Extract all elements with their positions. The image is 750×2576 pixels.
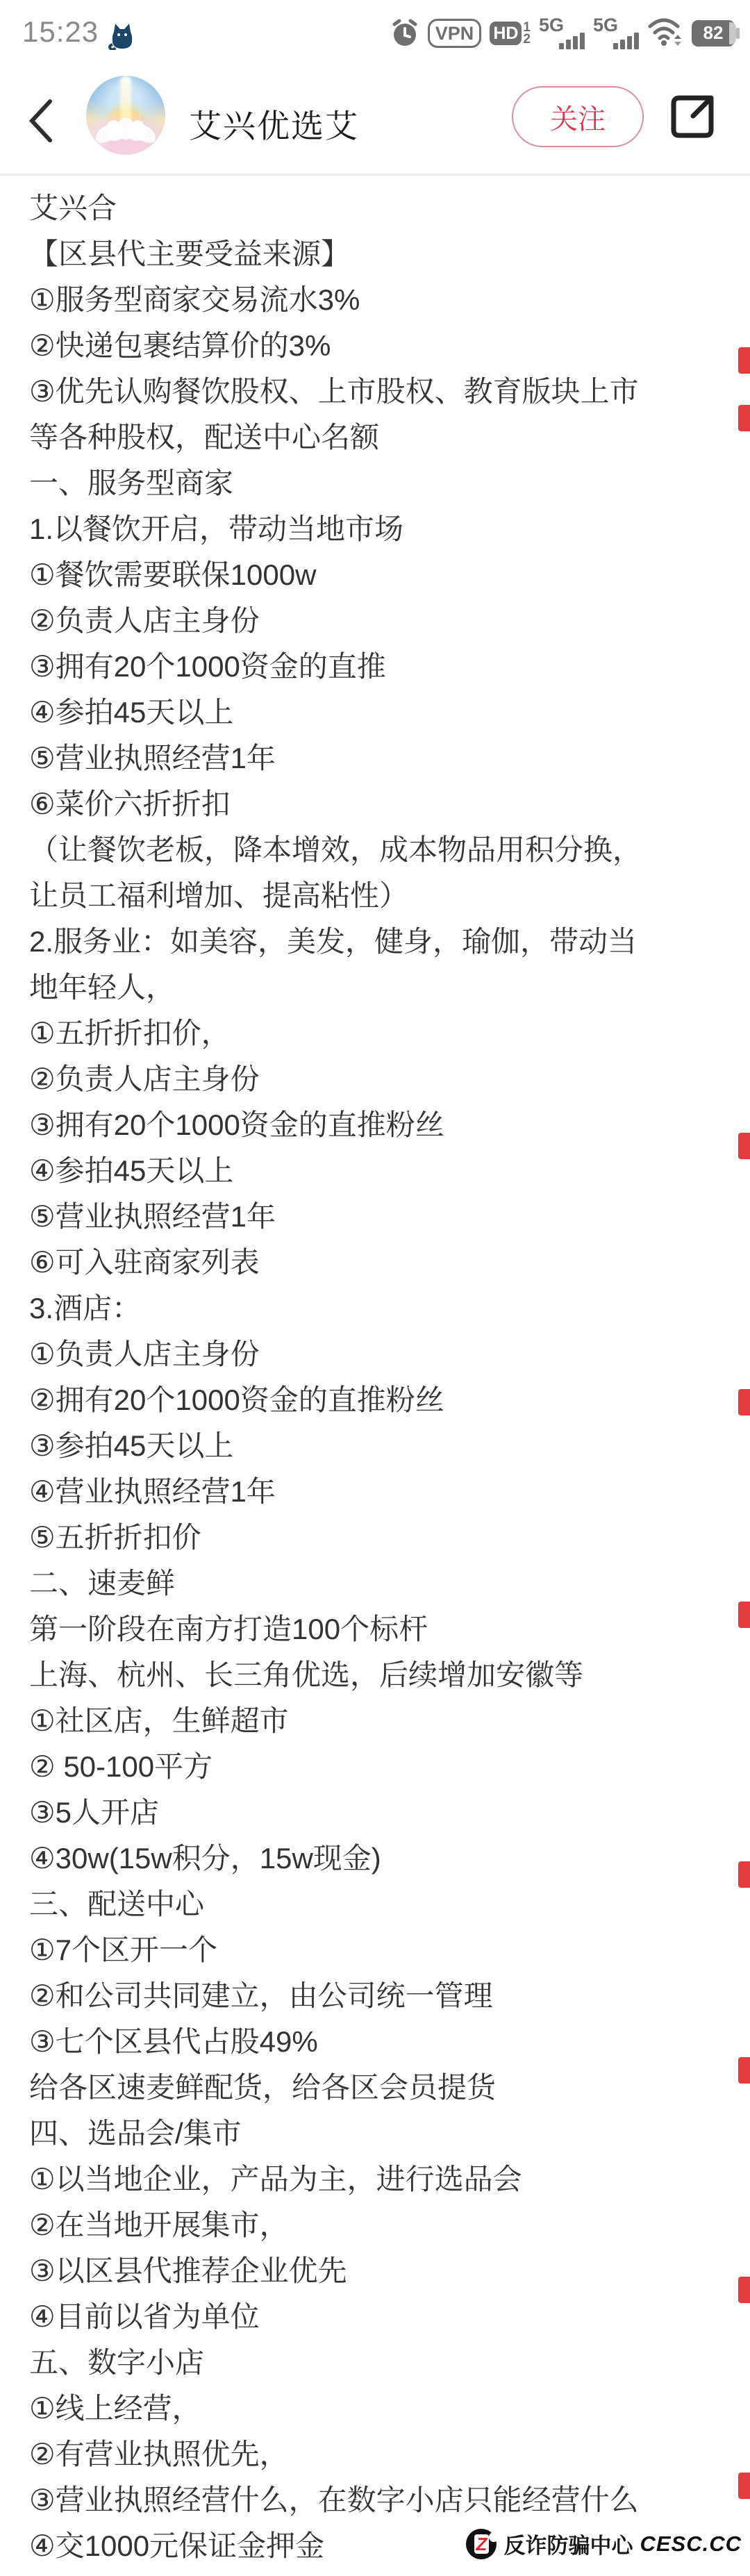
content-line: ⑤五折折扣价 [0,1515,750,1561]
content-line: 2.服务业：如美容，美发，健身，瑜伽，带动当 [0,919,750,965]
content-line: ④目前以省为单位 [0,2294,750,2340]
content-line: ⑥可入驻商家列表 [0,1240,750,1286]
content-line: ② 50-100平方 [0,1744,750,1790]
red-edge-mark [738,405,750,431]
content-line: 三、配送中心 [0,1881,750,1927]
content-line: ⑤营业执照经营1年 [0,736,750,781]
battery-icon: 82 [692,20,735,47]
follow-button[interactable]: 关注 [512,86,644,147]
content-line: ①线上经营， [0,2386,750,2432]
content-line: ②负责人店主身份 [0,598,750,644]
content-line: 3.酒店： [0,1286,750,1331]
content-line: ①以当地企业，产品为主，进行选品会 [0,2157,750,2202]
content-line: ①餐饮需要联保1000w [0,552,750,598]
anti-fraud-logo-icon: Z [466,2529,497,2559]
content-line: 艾兴合 [0,185,750,231]
content-line: ④30w(15w积分，15w现金) [0,1836,750,1881]
share-icon[interactable] [668,92,717,144]
content-line: ⑥菜价六折折扣 [0,781,750,827]
signal-5g-sim2-icon: 5G [593,16,639,51]
content-line: ③5人开店 [0,1790,750,1836]
article-body: 艾兴合【区县代主要受益来源】①服务型商家交易流水3%②快递包裹结算价的3%③优先… [0,176,750,2569]
red-edge-mark [738,347,750,374]
red-edge-mark [738,1389,750,1415]
content-line: ④参拍45天以上 [0,690,750,736]
content-line: ⑤营业执照经营1年 [0,1194,750,1240]
red-edge-mark [738,2277,750,2303]
content-line: 二、速麦鲜 [0,1561,750,1606]
sim2-label: 2 [523,33,531,45]
content-line: 四、选品会/集市 [0,2111,750,2157]
sim1-label: 1 [523,22,531,33]
red-edge-mark [738,1861,750,1888]
watermark-site: CESC.CC [640,2532,742,2557]
content-line: ①服务型商家交易流水3% [0,277,750,323]
content-line: ④参拍45天以上 [0,1148,750,1194]
anti-fraud-watermark: Z 反诈防骗中心 CESC.CC [466,2528,742,2559]
content-line: 第一阶段在南方打造100个标杆 [0,1606,750,1652]
content-line: 等各种股权，配送中心名额 [0,415,750,460]
vpn-badge: VPN [428,19,482,48]
red-edge-mark [738,1133,750,1159]
content-line: ③拥有20个1000资金的直推 [0,644,750,690]
watermark-center-name: 反诈防骗中心 [503,2528,633,2559]
content-line: ③拥有20个1000资金的直推粉丝 [0,1102,750,1148]
content-line: ②快递包裹结算价的3% [0,323,750,369]
content-line: ③营业执照经营什么，在数字小店只能经营什么 [0,2477,750,2523]
content-line: ②和公司共同建立，由公司统一管理 [0,1973,750,2019]
hd-volte-badge: HD 1 2 [490,22,531,45]
content-line: 让员工福利增加、提高粘性） [0,873,750,919]
content-line: ②有营业执照优先， [0,2432,750,2477]
content-line: 给各区速麦鲜配货，给各区会员提货 [0,2065,750,2111]
content-line: ①社区店，生鲜超市 [0,1698,750,1744]
status-bar: 15:23 VPN HD 1 2 5G [0,0,750,66]
content-line: 五、数字小店 [0,2340,750,2386]
follow-button-label: 关注 [550,97,606,137]
back-icon[interactable] [26,98,56,147]
content-line: 地年轻人， [0,965,750,1011]
content-line: ①负责人店主身份 [0,1331,750,1377]
content-line: ②拥有20个1000资金的直推粉丝 [0,1377,750,1423]
content-line: ③七个区县代占股49% [0,2019,750,2065]
alarm-clock-icon [390,19,419,48]
content-line: 【区县代主要受益来源】 [0,231,750,277]
content-line: ①五折折扣价， [0,1011,750,1056]
content-line: 一、服务型商家 [0,460,750,506]
signal-5g-sim1-icon: 5G [539,16,585,51]
red-edge-mark [738,2057,750,2084]
red-edge-mark [738,1602,750,1628]
status-icons: VPN HD 1 2 5G 5G [390,0,735,66]
content-line: （让餐饮老板，降本增效，成本物品用积分换， [0,827,750,873]
wifi-icon [647,15,683,51]
account-title: 艾兴优选艾 [189,101,359,147]
battery-percent: 82 [703,22,724,44]
content-line: ③优先认购餐饮股权、上市股权、教育版块上市 [0,369,750,415]
content-line: 1.以餐饮开启，带动当地市场 [0,506,750,552]
hd-label: HD [490,22,522,45]
cat-notification-icon [108,21,136,53]
content-line: ③以区县代推荐企业优先 [0,2248,750,2294]
account-avatar[interactable] [86,76,165,155]
red-edge-mark [738,2473,750,2499]
navigation-header: 艾兴优选艾 关注 [0,66,750,175]
content-line: 上海、杭州、长三角优选，后续增加安徽等 [0,1652,750,1698]
content-line: ④营业执照经营1年 [0,1469,750,1515]
clock-time: 15:23 [22,15,99,49]
content-line: ②负责人店主身份 [0,1056,750,1102]
content-line: ①7个区开一个 [0,1927,750,1973]
content-line: ②在当地开展集市， [0,2202,750,2248]
content-line: ③参拍45天以上 [0,1423,750,1469]
